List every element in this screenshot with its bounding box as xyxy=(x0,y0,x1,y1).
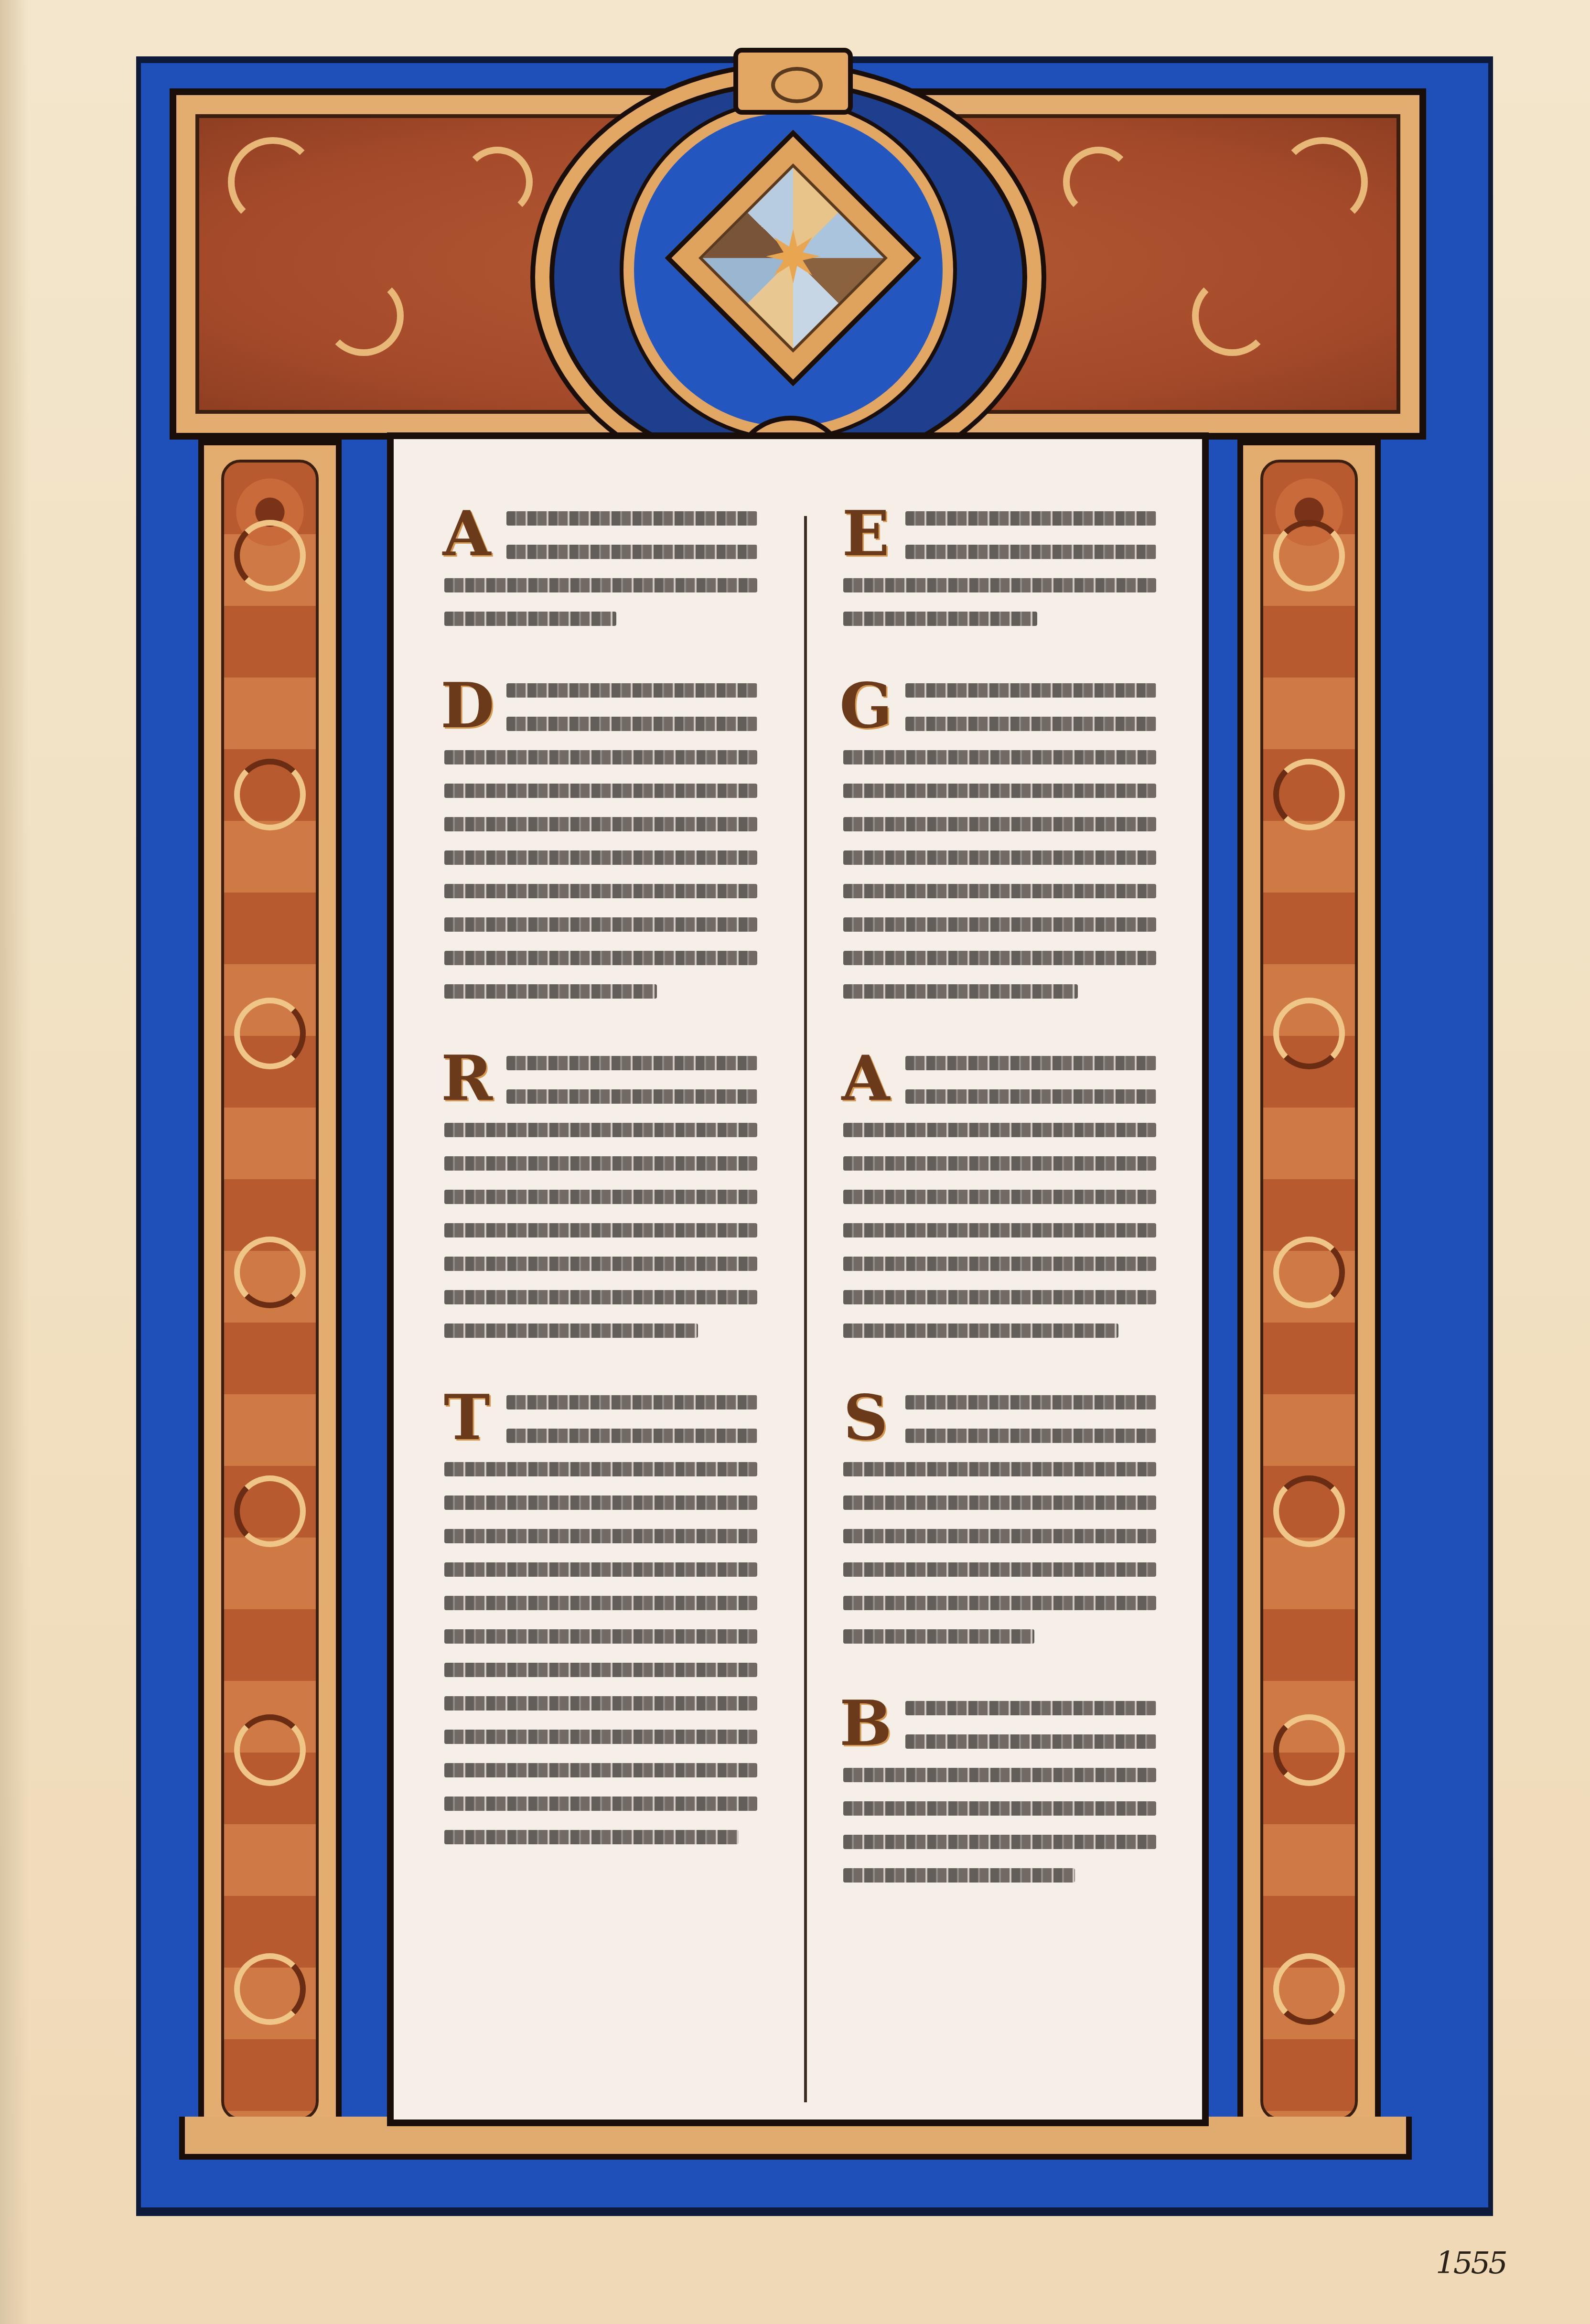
decorated-initial-icon: A xyxy=(839,1043,892,1114)
illegible-text-line xyxy=(905,1429,1156,1443)
paragraph: G xyxy=(843,683,1156,999)
illegible-text-line xyxy=(444,750,757,764)
paragraph: R xyxy=(444,1056,757,1338)
illegible-text-line xyxy=(843,1123,1156,1137)
illegible-text-line xyxy=(444,850,757,865)
illegible-text-line xyxy=(843,784,1156,798)
right-vine-border xyxy=(1237,440,1381,2141)
swirl-icon xyxy=(1273,1714,1345,1786)
illegible-text-line xyxy=(444,1290,757,1304)
illegible-text-line xyxy=(444,1596,757,1610)
illegible-text-line xyxy=(506,1429,757,1443)
illegible-text-line xyxy=(444,1562,757,1577)
scrollwork-icon xyxy=(323,276,404,356)
illegible-text-line xyxy=(843,1156,1156,1171)
paragraph: A xyxy=(843,1056,1156,1338)
illegible-text-line xyxy=(444,1696,757,1711)
illegible-text-line xyxy=(843,850,1156,865)
scrollwork-icon xyxy=(462,147,533,217)
illegible-text-line xyxy=(444,1257,757,1271)
illegible-text-line xyxy=(843,1529,1156,1543)
illegible-text-line xyxy=(444,1190,757,1204)
illegible-text-line xyxy=(444,1830,739,1844)
illegible-text-line xyxy=(444,1797,757,1811)
illegible-text-line xyxy=(506,511,757,526)
swirl-icon xyxy=(234,520,306,592)
scrollwork-icon xyxy=(1278,137,1368,227)
illegible-text-line xyxy=(506,1089,757,1104)
illegible-text-line xyxy=(905,683,1156,698)
illegible-text-line xyxy=(843,1462,1156,1476)
decorated-initial-icon: G xyxy=(839,670,892,742)
illegible-text-line xyxy=(444,817,757,831)
illegible-text-line xyxy=(843,1835,1156,1849)
illegible-text-line xyxy=(843,1496,1156,1510)
illegible-text-line xyxy=(506,545,757,559)
illegible-text-line xyxy=(843,578,1156,592)
illegible-text-line xyxy=(506,1395,757,1409)
paragraph: B xyxy=(843,1701,1156,1883)
illegible-text-line xyxy=(444,1496,757,1510)
illegible-text-line xyxy=(843,951,1156,965)
illegible-text-line xyxy=(905,717,1156,731)
illegible-text-line xyxy=(905,511,1156,526)
illegible-text-line xyxy=(444,1529,757,1543)
paragraph: T xyxy=(444,1395,757,1844)
illegible-text-line xyxy=(843,1223,1156,1237)
illegible-text-line xyxy=(843,1868,1075,1883)
illegible-text-line xyxy=(843,1562,1156,1577)
compass-star-icon: ✷ xyxy=(760,225,827,291)
illegible-text-line xyxy=(843,612,1037,626)
illegible-text-line xyxy=(444,884,757,898)
illegible-text-line xyxy=(506,717,757,731)
vine-scroll-pattern xyxy=(1260,460,1358,2120)
decorated-initial-icon: A xyxy=(440,498,493,570)
swirl-icon xyxy=(234,1953,306,2025)
vine-scroll-pattern xyxy=(221,460,319,2120)
paragraph: S xyxy=(843,1395,1156,1644)
illegible-text-line xyxy=(843,1596,1156,1610)
swirl-icon xyxy=(234,1475,306,1547)
illegible-text-line xyxy=(843,884,1156,898)
swirl-icon xyxy=(234,759,306,830)
illegible-text-line xyxy=(905,1734,1156,1749)
column-divider xyxy=(804,516,807,2102)
illegible-text-line xyxy=(444,1663,757,1677)
decorated-initial-icon: E xyxy=(839,498,892,570)
text-column-left: ADRT xyxy=(444,511,757,1902)
illegible-text-line xyxy=(905,1701,1156,1715)
illegible-text-line xyxy=(444,917,757,932)
illegible-text-line xyxy=(444,1763,757,1777)
illegible-text-line xyxy=(843,1190,1156,1204)
illegible-text-line xyxy=(444,1462,757,1476)
medallion-top-clasp-icon xyxy=(733,48,853,115)
decorated-initial-icon: T xyxy=(440,1382,493,1453)
illegible-text-line xyxy=(444,1629,757,1644)
illegible-text-line xyxy=(905,545,1156,559)
left-vine-border xyxy=(198,440,342,2141)
swirl-icon xyxy=(1273,520,1345,592)
illegible-text-line xyxy=(444,578,757,592)
swirl-icon xyxy=(1273,1953,1345,2025)
swirl-icon xyxy=(234,1714,306,1786)
decorated-initial-icon: B xyxy=(839,1688,892,1759)
paragraph: D xyxy=(444,683,757,999)
text-column-right: EGASB xyxy=(843,511,1156,1940)
illegible-text-line xyxy=(843,750,1156,764)
page-edge-shadow xyxy=(0,0,29,2324)
scrollwork-icon xyxy=(1192,276,1272,356)
illegible-text-line xyxy=(506,683,757,698)
illegible-text-line xyxy=(843,1768,1156,1782)
illegible-text-line xyxy=(506,1056,757,1070)
folio-number: 1555 xyxy=(1436,2246,1506,2281)
illegible-text-line xyxy=(444,951,757,965)
paragraph: E xyxy=(843,511,1156,626)
scrollwork-icon xyxy=(1063,147,1134,217)
illegible-text-line xyxy=(843,1801,1156,1816)
illegible-text-line xyxy=(444,784,757,798)
swirl-icon xyxy=(234,1237,306,1308)
paragraph: A xyxy=(444,511,757,626)
decorated-initial-icon: S xyxy=(839,1382,892,1453)
illegible-text-line xyxy=(444,1156,757,1171)
illegible-text-line xyxy=(843,1323,1118,1338)
illegible-text-line xyxy=(843,984,1078,999)
illegible-text-line xyxy=(444,1223,757,1237)
illegible-text-line xyxy=(444,612,616,626)
swirl-icon xyxy=(1273,1237,1345,1308)
decorated-initial-icon: R xyxy=(440,1043,493,1114)
illegible-text-line xyxy=(843,1257,1156,1271)
illegible-text-line xyxy=(843,1629,1034,1644)
illegible-text-line xyxy=(444,984,657,999)
swirl-icon xyxy=(234,998,306,1069)
swirl-icon xyxy=(1273,1475,1345,1547)
illegible-text-line xyxy=(444,1123,757,1137)
swirl-icon xyxy=(1273,759,1345,830)
illegible-text-line xyxy=(444,1323,698,1338)
illegible-text-line xyxy=(843,1290,1156,1304)
illegible-text-line xyxy=(444,1730,757,1744)
illegible-text-line xyxy=(843,817,1156,831)
scrollwork-icon xyxy=(228,137,318,227)
illegible-text-line xyxy=(905,1089,1156,1104)
swirl-icon xyxy=(1273,998,1345,1069)
illegible-text-line xyxy=(905,1395,1156,1409)
decorated-initial-icon: D xyxy=(440,670,493,742)
illegible-text-line xyxy=(843,917,1156,932)
illegible-text-line xyxy=(905,1056,1156,1070)
